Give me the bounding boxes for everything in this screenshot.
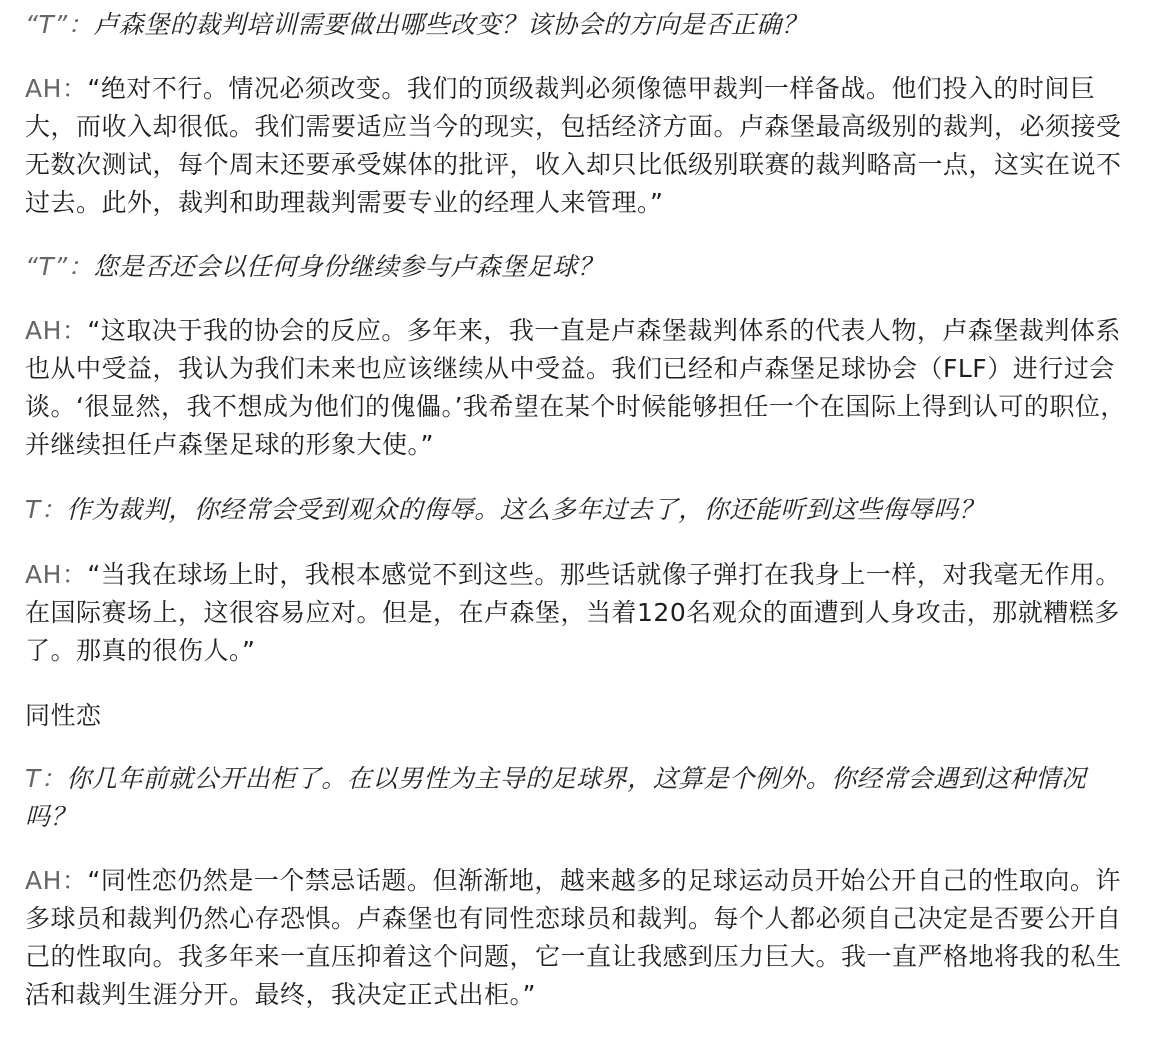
question-text: 卢森堡的裁判培训需要做出哪些改变？该协会的方向是否正确？ <box>93 10 807 39</box>
answer-training-changes: AH：“绝对不行。情况必须改变。我们的顶级裁判必须像德甲裁判一样备战。他们投入的… <box>25 70 1135 222</box>
question-text: 您是否还会以任何身份继续参与卢森堡足球？ <box>93 252 603 281</box>
answer-text: “同性恋仍然是一个禁忌话题。但渐渐地，越来越多的足球运动员开始公开自己的性取向。… <box>25 866 1122 1009</box>
question-future-involvement: “T”：您是否还会以任何身份继续参与卢森堡足球？ <box>25 248 1135 286</box>
question-text: 你几年前就公开出柜了。在以男性为主导的足球界，这算是个例外。你经常会遇到这种情况… <box>25 764 1086 831</box>
question-text: 作为裁判，你经常会受到观众的侮辱。这么多年过去了，你还能听到这些侮辱吗？ <box>66 495 984 524</box>
answer-insults: AH：“当我在球场上时，我根本感觉不到这些。那些话就像子弹打在我身上一样，对我毫… <box>25 556 1135 670</box>
question-coming-out: T：你几年前就公开出柜了。在以男性为主导的足球界，这算是个例外。你经常会遇到这种… <box>25 760 1135 836</box>
answer-coming-out: AH：“同性恋仍然是一个禁忌话题。但渐渐地，越来越多的足球运动员开始公开自己的性… <box>25 862 1135 1014</box>
answer-text: “当我在球场上时，我根本感觉不到这些。那些话就像子弹打在我身上一样，对我毫无作用… <box>25 560 1121 665</box>
section-heading: 同性恋 <box>25 697 1135 735</box>
question-training-changes: “T”：卢森堡的裁判培训需要做出哪些改变？该协会的方向是否正确？ <box>25 6 1135 44</box>
speaker-label-ah: AH： <box>25 560 87 589</box>
speaker-label-t: T： <box>25 764 66 793</box>
answer-text: “绝对不行。情况必须改变。我们的顶级裁判必须像德甲裁判一样备战。他们投入的时间巨… <box>25 74 1122 217</box>
speaker-label-ah: AH： <box>25 866 87 895</box>
answer-text: “这取决于我的协会的反应。多年来，我一直是卢森堡裁判体系的代表人物，卢森堡裁判体… <box>25 316 1126 459</box>
answer-future-involvement: AH：“这取决于我的协会的反应。多年来，我一直是卢森堡裁判体系的代表人物，卢森堡… <box>25 312 1135 464</box>
speaker-label-ah: AH： <box>25 74 87 103</box>
speaker-label-t: “T”： <box>25 10 93 39</box>
speaker-label-t: “T”： <box>25 252 93 281</box>
question-insults: T：作为裁判，你经常会受到观众的侮辱。这么多年过去了，你还能听到这些侮辱吗？ <box>25 491 1135 529</box>
speaker-label-t: T： <box>25 495 66 524</box>
speaker-label-ah: AH： <box>25 316 87 345</box>
